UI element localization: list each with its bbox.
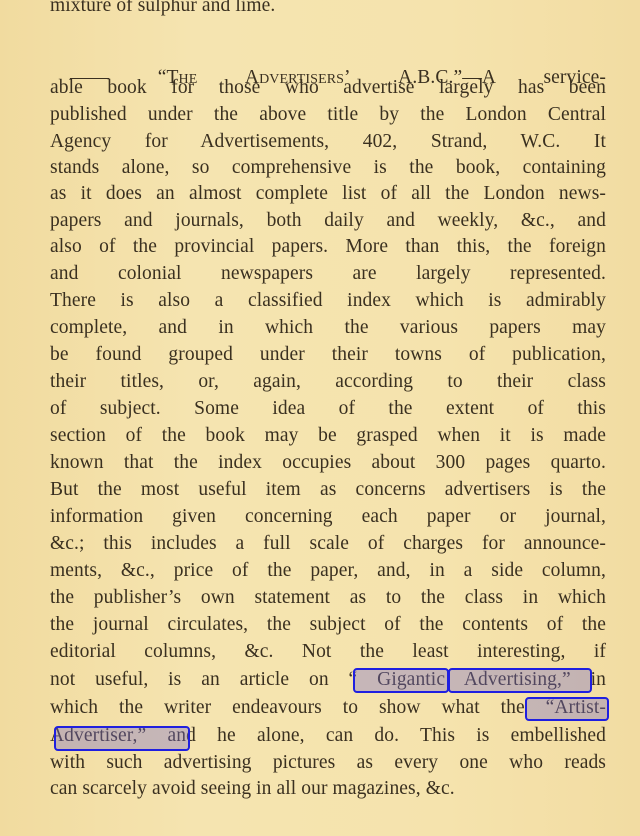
text-line-19: information given concerning each paper …: [50, 503, 606, 530]
scanned-document-page: mixture of sulphur and lime. —— “The Adv…: [0, 0, 640, 836]
text-line-9: also of the provincial papers. More than…: [50, 233, 606, 260]
text-line-29: can scarcely avoid seeing in all our mag…: [50, 775, 455, 802]
highlight-box-artist[interactable]: [525, 697, 609, 721]
text-line-12: complete, and in which the various paper…: [50, 314, 606, 341]
text-line-0: mixture of sulphur and lime.: [50, 0, 275, 19]
text-line-11: There is also a classified index which i…: [50, 287, 606, 314]
text-line-3: able book for those who advertise largel…: [50, 74, 606, 101]
text-line-15: of subject. Some idea of the extent of t…: [50, 395, 606, 422]
text-line-20: &c.; this includes a full scale of charg…: [50, 530, 606, 557]
text-line-23: the journal circulates, the subject of t…: [50, 611, 606, 638]
text-line-10: and colonial newspapers are largely repr…: [50, 260, 606, 287]
text-line-4: published under the above title by the L…: [50, 101, 606, 128]
text-line-28: with such advertising pictures as every …: [50, 749, 606, 776]
text-line-8: papers and journals, both daily and week…: [50, 207, 606, 234]
text-line-21: ments, &c., price of the paper, and, in …: [50, 557, 606, 584]
text-line-5: Agency for Advertisements, 402, Strand, …: [50, 128, 606, 155]
highlight-box-advertiser[interactable]: [54, 726, 190, 751]
highlight-box-gigantic[interactable]: [353, 668, 449, 693]
text-line-18: But the most useful item as concerns adv…: [50, 476, 606, 503]
text-line-26: which the writer endeavours to show what…: [50, 694, 606, 721]
text-line-6: stands alone, so comprehensive is the bo…: [50, 154, 606, 181]
text-line-17: known that the index occupies about 300 …: [50, 449, 606, 476]
text-line-24: editorial columns, &c. Not the least int…: [50, 638, 606, 665]
text-line-7: as it does an almost complete list of al…: [50, 180, 606, 207]
text-line-13: be found grouped under their towns of pu…: [50, 341, 606, 368]
highlight-box-advertising[interactable]: [448, 668, 592, 693]
text-line-16: section of the book may be grasped when …: [50, 422, 606, 449]
text-line-14: their titles, or, again, according to th…: [50, 368, 606, 395]
text-line-22: the publisher’s own statement as to the …: [50, 584, 606, 611]
